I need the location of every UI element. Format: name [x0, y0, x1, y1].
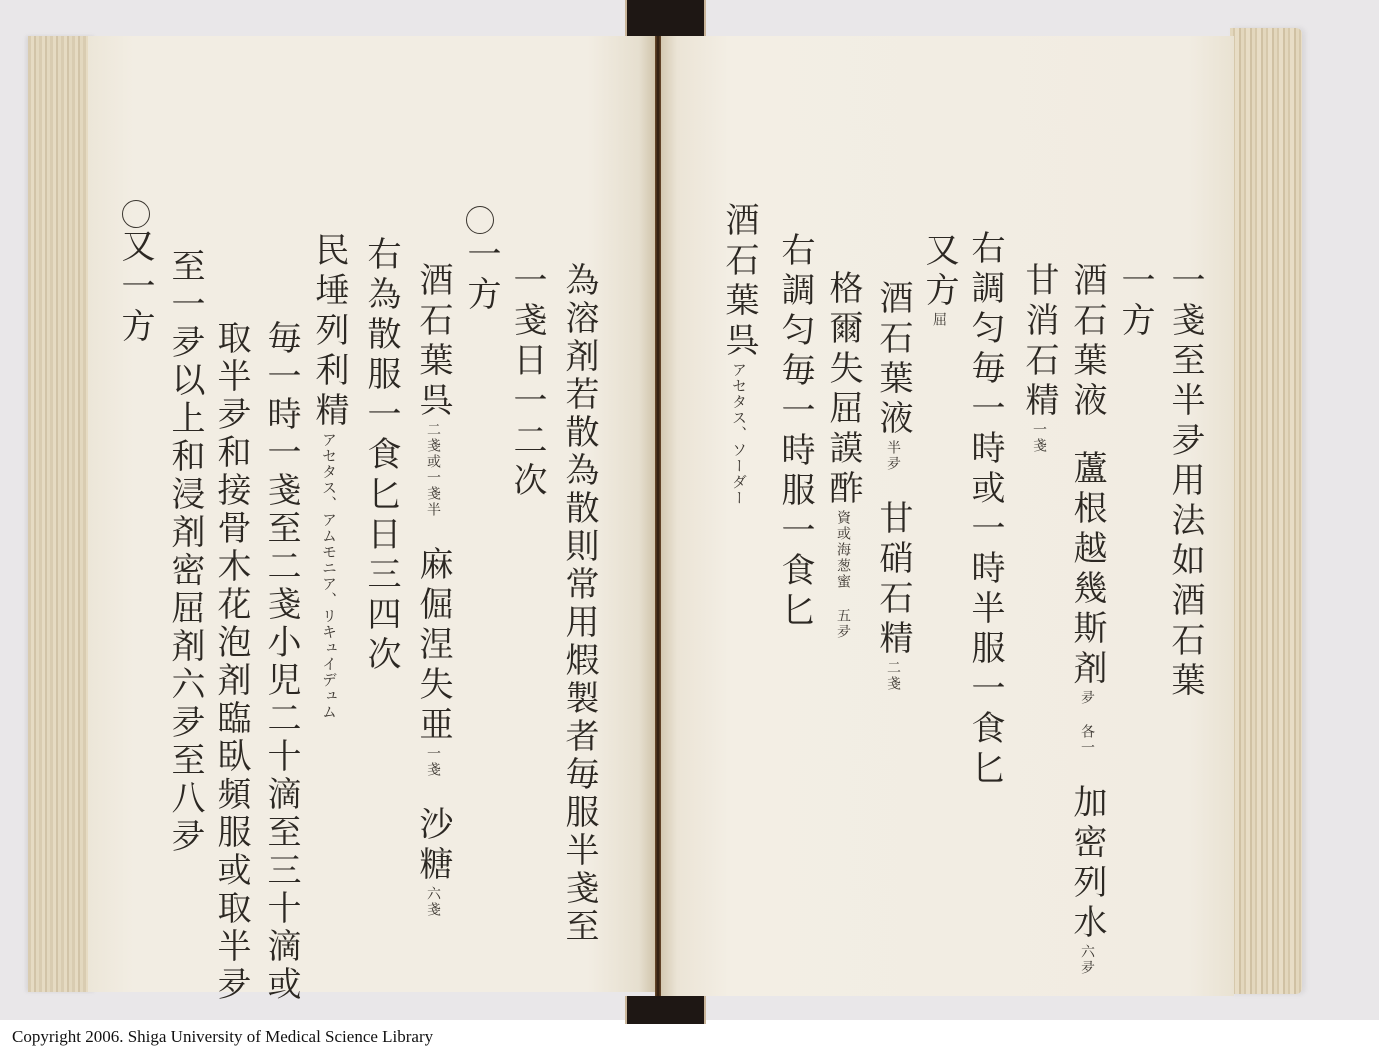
column-text: 酒石葉液	[1067, 262, 1107, 422]
column-text: 取半夛和接骨木花泡剤臨臥頻服或取半夛	[211, 320, 251, 1004]
annotation-note: 資或海葱蜜 五夛	[835, 510, 851, 640]
right-page-edges	[1230, 28, 1302, 994]
text-column: 格爾失屈謨酢資或海葱蜜 五夛	[826, 270, 860, 640]
text-column: 酒石葉液半夛甘硝石精二戔	[876, 280, 910, 692]
column-text: 加密列水	[1067, 784, 1107, 944]
text-column: 右為散服一食匕日三四次	[364, 236, 398, 676]
book-gutter	[655, 36, 661, 996]
column-text: 至一夛以上和浸剤密屈剤六夛至八夛	[165, 248, 205, 856]
column-text: 一方	[1115, 262, 1155, 342]
text-column: 又一方	[118, 228, 152, 348]
text-column: 一方	[1118, 262, 1152, 342]
text-column: 一方	[464, 236, 498, 316]
annotation-note: 一戔	[425, 746, 441, 778]
column-text: 毎一時一戔至二戔小児二十滴至三十滴或	[261, 320, 301, 1004]
copyright-notice: Copyright 2006. Shiga University of Medi…	[12, 1027, 433, 1047]
column-text: 右調匀毎一時服一食匕	[775, 232, 815, 632]
katakana-gloss: アセタス、ソーダー	[730, 362, 748, 506]
spine-ribbon-top	[625, 0, 706, 40]
circle-marker-icon	[466, 206, 494, 234]
column-text: 沙糖	[413, 806, 453, 886]
annotation-note: 六夛	[1079, 944, 1095, 976]
column-text: 為溶剤若散為散則常用煆製者毎服半戔至	[559, 262, 599, 946]
left-page-edges	[28, 36, 96, 992]
spine-ribbon-bottom	[625, 996, 706, 1024]
text-column: 甘消石精一戔	[1022, 262, 1056, 454]
right-page	[660, 36, 1234, 996]
column-text: 麻倔涅失亜	[413, 546, 453, 746]
column-text: 酒石葉呉	[413, 262, 453, 422]
annotation-note: 屈	[931, 312, 947, 328]
column-text: 甘硝石精	[873, 500, 913, 660]
text-column: 民埵列利精アセタス、アムモニア、リキュイデュム	[312, 232, 346, 720]
annotation-note: 一戔	[1031, 422, 1047, 454]
text-column: 酒石葉液蘆根越幾斯剤夛 各一加密列水六夛	[1070, 262, 1104, 976]
annotation-note: 半夛	[885, 440, 901, 472]
text-column: 又方屈	[922, 232, 956, 328]
column-text: 酒石葉呉	[719, 202, 759, 362]
column-text: 一方	[461, 236, 501, 316]
text-column: 一戔至半夛用法如酒石葉	[1168, 262, 1202, 702]
text-column: 酒石葉呉二戔或一戔半麻倔涅失亜一戔沙糖六戔	[416, 262, 450, 918]
column-text: 甘消石精	[1019, 262, 1059, 422]
annotation-note: 夛 各一	[1079, 690, 1095, 756]
column-text: 格爾失屈謨酢	[823, 270, 863, 510]
text-column: 毎一時一戔至二戔小児二十滴至三十滴或	[264, 320, 298, 1004]
column-text: 民埵列利精	[309, 232, 349, 432]
column-text: 又一方	[115, 228, 155, 348]
annotation-note: 六戔	[425, 886, 441, 918]
katakana-gloss: アセタス、アムモニア、リキュイデュム	[320, 432, 338, 720]
text-column: 右調匀毎一時或一時半服一食匕	[968, 230, 1002, 790]
column-text: 右為散服一食匕日三四次	[361, 236, 401, 676]
text-column: 右調匀毎一時服一食匕	[778, 232, 812, 632]
column-text: 蘆根越幾斯剤	[1067, 450, 1107, 690]
column-text: 右調匀毎一時或一時半服一食匕	[965, 230, 1005, 790]
column-text: 一戔至半夛用法如酒石葉	[1165, 262, 1205, 702]
annotation-note: 二戔或一戔半	[425, 422, 441, 518]
column-text: 酒石葉液	[873, 280, 913, 440]
text-column: 為溶剤若散為散則常用煆製者毎服半戔至	[562, 262, 596, 946]
column-text: 一戔日一二次	[507, 262, 547, 502]
circle-marker-icon	[122, 200, 150, 228]
text-column: 至一夛以上和浸剤密屈剤六夛至八夛	[168, 248, 202, 856]
text-column: 酒石葉呉アセタス、ソーダー	[722, 202, 756, 506]
column-text: 又方	[919, 232, 959, 312]
text-column: 一戔日一二次	[510, 262, 544, 502]
annotation-note: 二戔	[885, 660, 901, 692]
text-column: 取半夛和接骨木花泡剤臨臥頻服或取半夛	[214, 320, 248, 1004]
